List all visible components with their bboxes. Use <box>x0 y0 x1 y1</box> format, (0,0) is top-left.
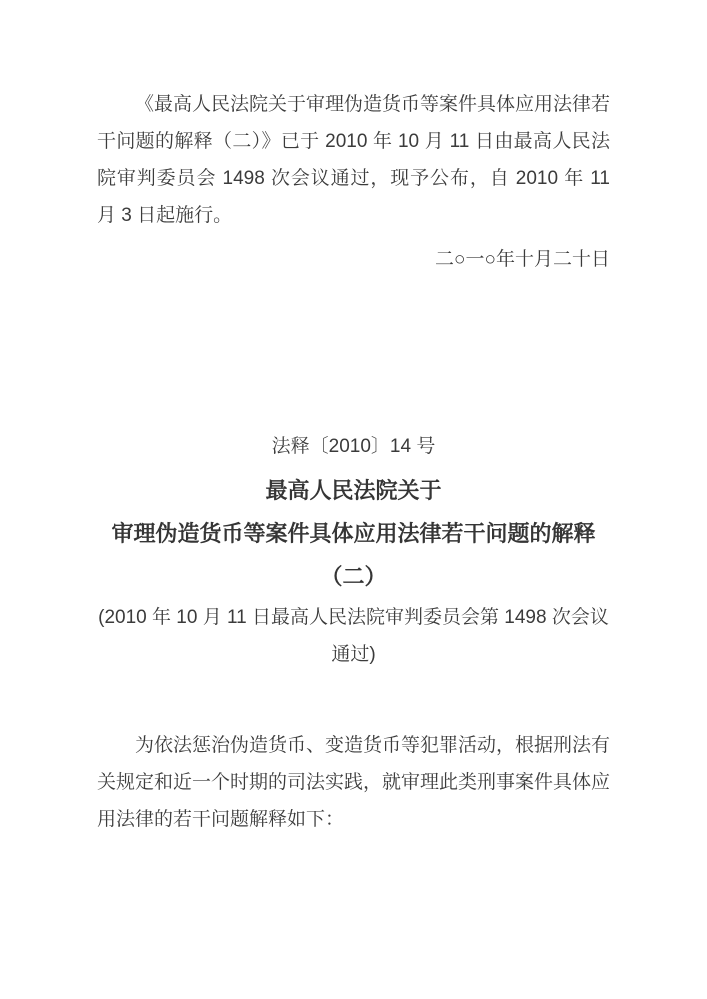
decree-title-line-1: 最高人民法院关于 <box>97 469 610 512</box>
decree-preamble: 为依法惩治伪造货币、变造货币等犯罪活动，根据刑法有关规定和近一个时期的司法实践，… <box>97 727 610 838</box>
announcement-date: 二○一○年十月二十日 <box>97 241 610 278</box>
decree-adoption-note: (2010 年 10 月 11 日最高人民法院审判委员会第 1498 次会议通过… <box>97 599 610 673</box>
decree-title-line-2: 审理伪造货币等案件具体应用法律若干问题的解释 <box>97 512 610 555</box>
document-page: 《最高人民法院关于审理伪造货币等案件具体应用法律若干问题的解释（二）》已于 20… <box>0 0 707 999</box>
decree-number: 法释〔2010〕14 号 <box>97 428 610 465</box>
decree-title: 最高人民法院关于 审理伪造货币等案件具体应用法律若干问题的解释 （二） <box>97 469 610 598</box>
announcement-paragraph: 《最高人民法院关于审理伪造货币等案件具体应用法律若干问题的解释（二）》已于 20… <box>97 86 610 234</box>
decree-title-line-3: （二） <box>97 555 610 598</box>
